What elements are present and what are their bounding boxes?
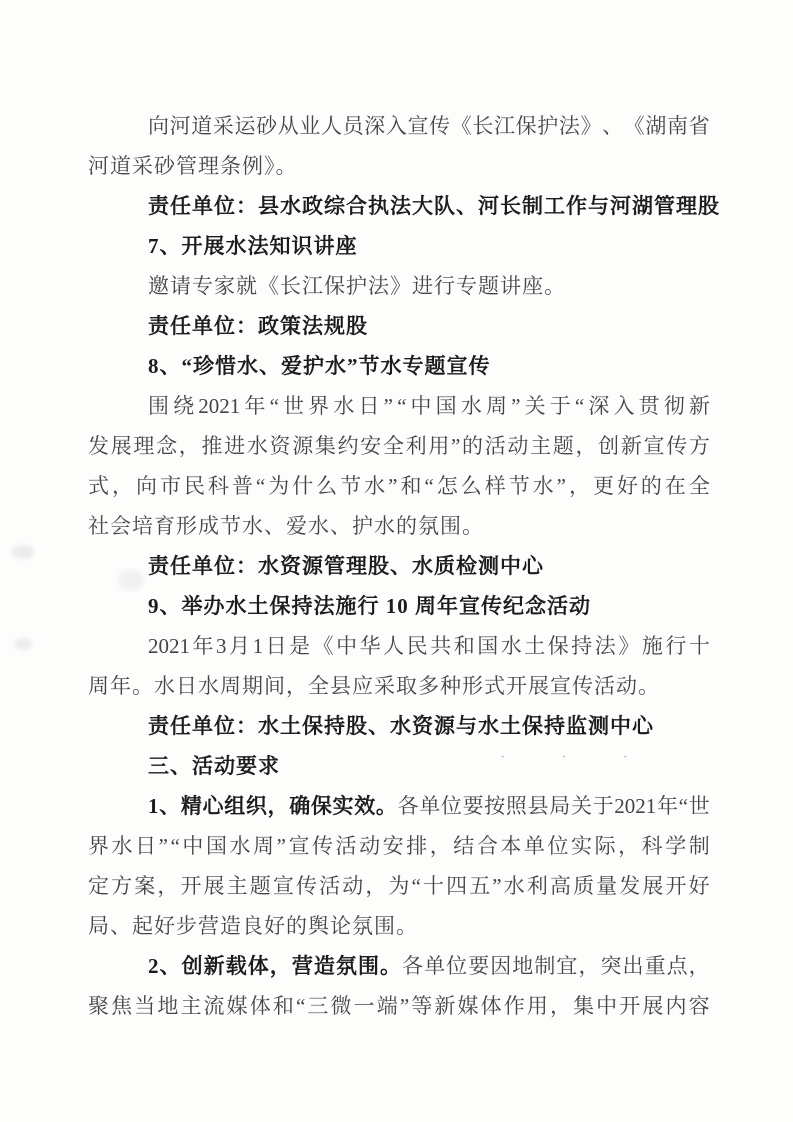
bold-text-segment: 责任单位：政策法规股	[148, 314, 368, 338]
scan-smudge	[14, 638, 32, 650]
text-token: 单	[419, 786, 440, 826]
text-token: 展	[642, 866, 663, 906]
text-token: 点	[667, 946, 688, 986]
text-token: “	[270, 386, 279, 426]
text-token: “	[256, 466, 265, 506]
text-line: 聚焦当地主流媒体和“三微一端”等新媒体作用，集中开展内容	[88, 986, 710, 1026]
text-token: 动	[359, 826, 380, 866]
bold-text-token: ，	[268, 786, 289, 826]
text-token: 源	[292, 426, 313, 466]
text-token: 重	[645, 946, 666, 986]
text-token: 、	[602, 106, 623, 146]
bold-text-token: 。	[376, 786, 397, 826]
text-token: 年	[657, 786, 678, 826]
text-token: 当	[134, 986, 155, 1026]
text-token: 土	[524, 626, 545, 666]
text-token: 宣	[288, 826, 309, 866]
bold-text-token: 织	[246, 786, 267, 826]
text-token: 用	[527, 986, 548, 1026]
text-token: 微	[331, 986, 352, 1026]
text-token: 念	[156, 426, 177, 466]
text-line: 9、举办水土保持法施行 10 周年宣传纪念活动	[88, 586, 710, 626]
bold-text-token: 。	[380, 946, 401, 986]
text-token: 新	[689, 386, 710, 426]
text-token: 周	[486, 386, 507, 426]
text-token: 水	[504, 866, 525, 906]
text-token: 本	[500, 826, 521, 866]
document-content: 向河道采运砂从业人员深入宣传《长江保护法》、《湖南省河道采砂管理条例》。责任单位…	[88, 106, 710, 1026]
text-token: 员	[343, 106, 364, 146]
text-line: 责任单位：政策法规股	[88, 306, 710, 346]
text-token: 媒	[458, 986, 479, 1026]
text-token: 水	[501, 626, 522, 666]
bold-text-token: 保	[311, 786, 332, 826]
text-token: 日	[135, 826, 156, 866]
text-token: 《	[624, 106, 645, 146]
text-token: 排	[406, 826, 427, 866]
text-token: 式	[88, 466, 109, 506]
responsible-unit-9: 责任单位：水土保持股、水资源与水土保持监测中心	[88, 706, 710, 746]
text-token: “	[424, 466, 433, 506]
text-token: 结	[453, 826, 474, 866]
text-token: 么	[316, 466, 337, 506]
text-token: 活	[319, 866, 340, 906]
text-token: 聚	[88, 986, 109, 1026]
text-token: 展	[204, 866, 225, 906]
text-token: 十	[689, 626, 710, 666]
text-line: 河道采砂管理条例》。	[88, 146, 710, 186]
text-token: ”	[511, 386, 520, 426]
text-token: 宣	[273, 866, 294, 906]
text-token: 的	[462, 426, 483, 466]
text-token: 容	[689, 986, 710, 1026]
text-line: 8、“珍惜水、爱护水”节水专题宣传	[88, 346, 710, 386]
text-token: 日	[358, 386, 379, 426]
text-token: “	[296, 986, 305, 1026]
text-token: 为	[388, 866, 409, 906]
text-token: ”	[400, 986, 409, 1026]
text-token: 五	[469, 866, 490, 906]
text-token: 日	[266, 626, 287, 666]
text-token: 发	[619, 866, 640, 906]
text-token: 国	[436, 386, 457, 426]
text-line: 定方案，开展主题宣传活动，为“十四五”水利高质量发展开好	[88, 866, 710, 906]
text-line: 界水日”“中国水周”宣传活动安排，结合本单位实际，科学制	[88, 826, 710, 866]
text-token: 中	[596, 986, 617, 1026]
text-token: 创	[598, 426, 619, 466]
text-token: 护	[537, 106, 558, 146]
bold-text-token: 围	[358, 946, 379, 986]
text-token: 因	[490, 946, 511, 986]
text-line: 邀请专家就《长江保护法》进行专题讲座。	[88, 266, 710, 306]
text-token: 年	[244, 386, 265, 426]
text-token: 体	[250, 986, 271, 1026]
bold-text-token: 实	[333, 786, 354, 826]
text-token: 出	[623, 946, 644, 986]
text-token: 约	[338, 426, 359, 466]
text-token: 发	[88, 426, 109, 466]
text-token: 际	[595, 826, 616, 866]
text-token: 普	[232, 466, 253, 506]
text-token: 宣	[644, 426, 665, 466]
text-token: 水	[112, 826, 133, 866]
text-token: 中	[336, 626, 357, 666]
text-token: 一	[354, 986, 375, 1026]
bold-text-token: 营	[292, 946, 313, 986]
document-page: · · · 向河道采运砂从业人员深入宣传《长江保护法》、《湖南省河道采砂管理条例…	[0, 0, 793, 1122]
para-9: 2021年3月1日是《中华人民共和国水土保持法》施行十周年。水日水周期间，全县应…	[88, 626, 710, 706]
text-token: 利	[406, 426, 427, 466]
text-token: 更	[593, 466, 614, 506]
text-token: 按	[484, 786, 505, 826]
text-token: ，	[575, 426, 596, 466]
text-token: 方	[111, 866, 132, 906]
text-token: ”	[277, 826, 286, 866]
bold-text-token: 、	[159, 786, 180, 826]
text-token: 单	[424, 946, 445, 986]
text-token: 位	[446, 946, 467, 986]
text-token: 绕	[173, 386, 194, 426]
text-token: 年	[193, 626, 214, 666]
text-token: 水	[333, 386, 354, 426]
bold-text-token: 2	[148, 946, 159, 986]
text-token: 界	[308, 386, 329, 426]
text-token: 《	[451, 106, 472, 146]
text-token: 人	[383, 626, 404, 666]
text-token: 2021	[614, 786, 656, 826]
text-token: 深	[588, 386, 609, 426]
text-token: 安	[383, 826, 404, 866]
text-token: 动	[507, 426, 528, 466]
text-token: 》	[618, 626, 639, 666]
text-token: 合	[477, 826, 498, 866]
text-token: 安	[360, 426, 381, 466]
text-token: 集	[573, 986, 594, 1026]
text-token: 等	[411, 986, 432, 1026]
text-token: 制	[534, 946, 555, 986]
requirement-item-1: 1、精心组织，确保实效。各单位要按照县局关于2021年“世界水日”“中国水周”宣…	[88, 786, 710, 946]
scan-smudge	[12, 545, 34, 559]
text-token: 于	[550, 386, 571, 426]
bold-text-token: 、	[160, 946, 181, 986]
text-token: 位	[547, 826, 568, 866]
text-token: 长	[472, 106, 493, 146]
text-token: 深	[364, 106, 385, 146]
text-token: 省	[689, 106, 710, 146]
text-token: 水	[364, 466, 385, 506]
text-token: “	[412, 866, 421, 906]
text-token: 样	[485, 466, 506, 506]
text-token: ，	[430, 826, 451, 866]
bold-text-token: 精	[181, 786, 202, 826]
text-token: 湖	[645, 106, 666, 146]
heading-item-7: 7、开展水法知识讲座	[88, 226, 710, 266]
text-token: 的	[641, 466, 662, 506]
text-line: 式，向市民科普“为什么节水”和“怎么样节水”，更好的在全	[88, 466, 710, 506]
bold-text-token: 新	[204, 946, 225, 986]
text-token: 怎	[437, 466, 458, 506]
text-token: 界	[88, 826, 109, 866]
text-token: 道	[191, 106, 212, 146]
text-token: 县	[528, 786, 549, 826]
text-token: 关	[571, 786, 592, 826]
text-token: 科	[208, 466, 229, 506]
text-token: 流	[204, 986, 225, 1026]
bold-text-token: 氛	[336, 946, 357, 986]
text-token: 民	[407, 626, 428, 666]
text-token: 传	[312, 826, 333, 866]
text-token: 四	[446, 866, 467, 906]
bold-text-token: 心	[203, 786, 224, 826]
text-segment: 邀请专家就《长江保护法》进行专题讲座。	[148, 274, 566, 298]
text-token: 资	[270, 426, 291, 466]
text-token: 南	[667, 106, 688, 146]
text-token: 砂	[256, 106, 277, 146]
text-token: 开	[666, 866, 687, 906]
text-token: 2021	[198, 386, 240, 426]
text-token: 围	[148, 386, 169, 426]
text-token: “	[679, 786, 688, 826]
text-token: ”	[492, 866, 501, 906]
text-token: 入	[613, 386, 634, 426]
bold-text-segment: 责任单位：水资源管理股、水质检测中心	[148, 554, 544, 578]
text-token: 题	[250, 866, 271, 906]
text-line: 2、创新载体，营造氛围。各单位要因地制宜，突出重点，	[88, 946, 710, 986]
bold-text-segment: 责任单位：县水政综合执法大队、河长制工作与河湖管理股	[148, 194, 720, 218]
text-token: ，	[179, 426, 200, 466]
text-token: 法	[595, 626, 616, 666]
text-token: 》	[581, 106, 602, 146]
text-line: 社会培育形成节水、爱水、护水的氛围。	[88, 506, 710, 546]
text-token: 案	[134, 866, 155, 906]
text-line: 1、精心组织，确保实效。各单位要按照县局关于2021年“世	[88, 786, 710, 826]
bold-text-token: 创	[182, 946, 203, 986]
text-token: 展	[642, 986, 663, 1026]
text-token: 全	[689, 466, 710, 506]
heading-item-9: 9、举办水土保持法施行 10 周年宣传纪念活动	[88, 586, 710, 626]
text-token: 要	[468, 946, 489, 986]
text-token: 1	[253, 626, 264, 666]
text-token: 新	[434, 986, 455, 1026]
text-token: 集	[315, 426, 336, 466]
bold-text-token: ，	[270, 946, 291, 986]
requirement-item-2: 2、创新载体，营造氛围。各单位要因地制宜，突出重点，聚焦当地主流媒体和“三微一端…	[88, 946, 710, 1026]
text-token: 进	[224, 426, 245, 466]
para-8: 围绕2021年“世界水日”“中国水周”关于“深入贯彻新发展理念，推进水资源集约安…	[88, 386, 710, 546]
text-token: 题	[553, 426, 574, 466]
text-token: ，	[569, 466, 590, 506]
text-token: 和	[400, 466, 421, 506]
text-token: 用	[428, 426, 449, 466]
text-token: 世	[283, 386, 304, 426]
text-line: 责任单位：县水政综合执法大队、河长制工作与河湖管理股	[88, 186, 710, 226]
text-line: 2021年3月1日是《中华人民共和国水土保持法》施行十	[88, 626, 710, 666]
responsible-unit-8: 责任单位：水资源管理股、水质检测中心	[88, 546, 710, 586]
text-line: 责任单位：水土保持股、水资源与水土保持监测中心	[88, 706, 710, 746]
text-line: 发展理念，推进水资源集约安全利用”的活动主题，创新宣传方	[88, 426, 710, 466]
text-token: 月	[229, 626, 250, 666]
text-token: 各	[398, 786, 419, 826]
text-token: 国	[477, 626, 498, 666]
text-token: 各	[402, 946, 423, 986]
text-token: 内	[666, 986, 687, 1026]
text-token: 主	[530, 426, 551, 466]
bold-text-token: 1	[148, 786, 159, 826]
text-token: 从	[278, 106, 299, 146]
text-token: 照	[506, 786, 527, 826]
text-token: 科	[642, 826, 663, 866]
text-token: 和	[454, 626, 475, 666]
text-token: 端	[377, 986, 398, 1026]
text-line: 围绕2021年“世界水日”“中国水周”关于“深入贯彻新	[88, 386, 710, 426]
text-token: 实	[571, 826, 592, 866]
text-token: 《	[313, 626, 334, 666]
text-token: 开	[619, 986, 640, 1026]
text-token: 国	[206, 826, 227, 866]
text-line: 三、活动要求	[88, 746, 710, 786]
text-token: 好	[617, 466, 638, 506]
text-token: 传	[296, 866, 317, 906]
text-token: 质	[573, 866, 594, 906]
text-token: 定	[88, 866, 109, 906]
text-token: 活	[485, 426, 506, 466]
text-token: ”	[451, 426, 460, 466]
text-line: 7、开展水法知识讲座	[88, 226, 710, 266]
text-token: 世	[689, 786, 710, 826]
bold-text-token: 造	[314, 946, 335, 986]
text-token: 要	[463, 786, 484, 826]
text-token: 节	[509, 466, 530, 506]
text-line: 周年。水日水周期间，全县应采取多种形式开展宣传活动。	[88, 666, 710, 706]
text-token: 宜	[556, 946, 577, 986]
text-token: 持	[571, 626, 592, 666]
text-token: 行	[665, 626, 686, 666]
text-token: 向	[148, 106, 169, 146]
text-token: 于	[593, 786, 614, 826]
bold-text-token: 组	[224, 786, 245, 826]
text-token: 开	[180, 866, 201, 906]
text-segment: 社会培育形成节水、爱水、护水的氛围。	[88, 514, 484, 538]
text-token: 法	[559, 106, 580, 146]
bold-text-segment: 7、开展水法知识讲座	[148, 234, 358, 258]
bold-text-token: 确	[289, 786, 310, 826]
text-token: 2021	[148, 626, 190, 666]
text-token: “	[575, 386, 584, 426]
text-token: 保	[516, 106, 537, 146]
text-token: 理	[133, 426, 154, 466]
text-token: 单	[524, 826, 545, 866]
text-token: 作	[504, 986, 525, 1026]
text-token: 关	[525, 386, 546, 426]
text-token: 活	[336, 826, 357, 866]
responsible-unit-7: 责任单位：政策法规股	[88, 306, 710, 346]
text-token: 业	[299, 106, 320, 146]
text-token: 周	[253, 826, 274, 866]
text-token: 推	[201, 426, 222, 466]
text-token: 中	[182, 826, 203, 866]
text-token: 动	[342, 866, 363, 906]
para-intro: 向河道采运砂从业人员深入宣传《长江保护法》、《湖南省河道采砂管理条例》。	[88, 106, 710, 186]
text-token: 主	[227, 866, 248, 906]
text-token: 在	[665, 466, 686, 506]
text-token: ”	[384, 386, 393, 426]
bold-text-segment: 8、“珍惜水、爱护水”节水专题宣传	[148, 354, 491, 378]
text-token: 焦	[111, 986, 132, 1026]
text-token: 江	[494, 106, 515, 146]
text-token: 传	[429, 106, 450, 146]
bold-text-segment: 责任单位：水土保持股、水资源与水土保持监测中心	[148, 714, 654, 738]
text-token: 运	[235, 106, 256, 146]
text-token: 入	[386, 106, 407, 146]
responsible-unit-6: 责任单位：县水政综合执法大队、河长制工作与河湖管理股	[88, 186, 710, 226]
text-token: 为	[268, 466, 289, 506]
text-token: 量	[596, 866, 617, 906]
text-token: 利	[527, 866, 548, 906]
text-token: ，	[157, 866, 178, 906]
text-segment: 局、起好步营造良好的舆论氛围。	[88, 914, 418, 938]
text-token: ”	[159, 826, 168, 866]
text-token: ”	[557, 466, 566, 506]
text-token: ”	[388, 466, 397, 506]
text-token: 民	[184, 466, 205, 506]
text-token: 高	[550, 866, 571, 906]
text-token: 么	[461, 466, 482, 506]
text-line: 局、起好步营造良好的舆论氛围。	[88, 906, 710, 946]
text-token: 向	[136, 466, 157, 506]
text-token: 什	[292, 466, 313, 506]
text-token: 共	[430, 626, 451, 666]
text-token: 彻	[664, 386, 685, 426]
text-token: 华	[360, 626, 381, 666]
bold-text-segment: 三、活动要求	[148, 754, 280, 778]
text-token: 地	[157, 986, 178, 1026]
text-line: 向河道采运砂从业人员深入宣传《长江保护法》、《湖南省	[88, 106, 710, 146]
text-token: 学	[665, 826, 686, 866]
text-token: 保	[548, 626, 569, 666]
text-token: 采	[213, 106, 234, 146]
text-token: 全	[383, 426, 404, 466]
text-token: 施	[642, 626, 663, 666]
text-token: 传	[666, 426, 687, 466]
bold-text-token: 体	[248, 946, 269, 986]
bold-text-segment: 9、举办水土保持法施行 10 周年宣传纪念活动	[148, 594, 591, 618]
text-token: 贯	[639, 386, 660, 426]
text-token: 制	[689, 826, 710, 866]
text-token: 好	[689, 866, 710, 906]
para-7: 邀请专家就《长江保护法》进行专题讲座。	[88, 266, 710, 306]
text-token: ，	[112, 466, 133, 506]
text-segment: 周年。水日水周期间，全县应采取多种形式开展宣传活动。	[88, 674, 660, 698]
text-token: 方	[689, 426, 710, 466]
text-token: 展	[111, 426, 132, 466]
text-token: 3	[216, 626, 227, 666]
text-line: 责任单位：水资源管理股、水质检测中心	[88, 546, 710, 586]
text-token: ，	[618, 826, 639, 866]
text-token: 宣	[408, 106, 429, 146]
text-token: 节	[340, 466, 361, 506]
text-token: 体	[481, 986, 502, 1026]
text-token: ，	[578, 946, 599, 986]
section-heading-3: 三、活动要求	[88, 746, 710, 786]
text-token: ，	[689, 946, 710, 986]
text-token: “	[397, 386, 406, 426]
text-token: 水	[533, 466, 554, 506]
text-token: 位	[441, 786, 462, 826]
text-token: ，	[550, 986, 571, 1026]
bold-text-token: 载	[226, 946, 247, 986]
text-token: ，	[365, 866, 386, 906]
text-token: 人	[321, 106, 342, 146]
